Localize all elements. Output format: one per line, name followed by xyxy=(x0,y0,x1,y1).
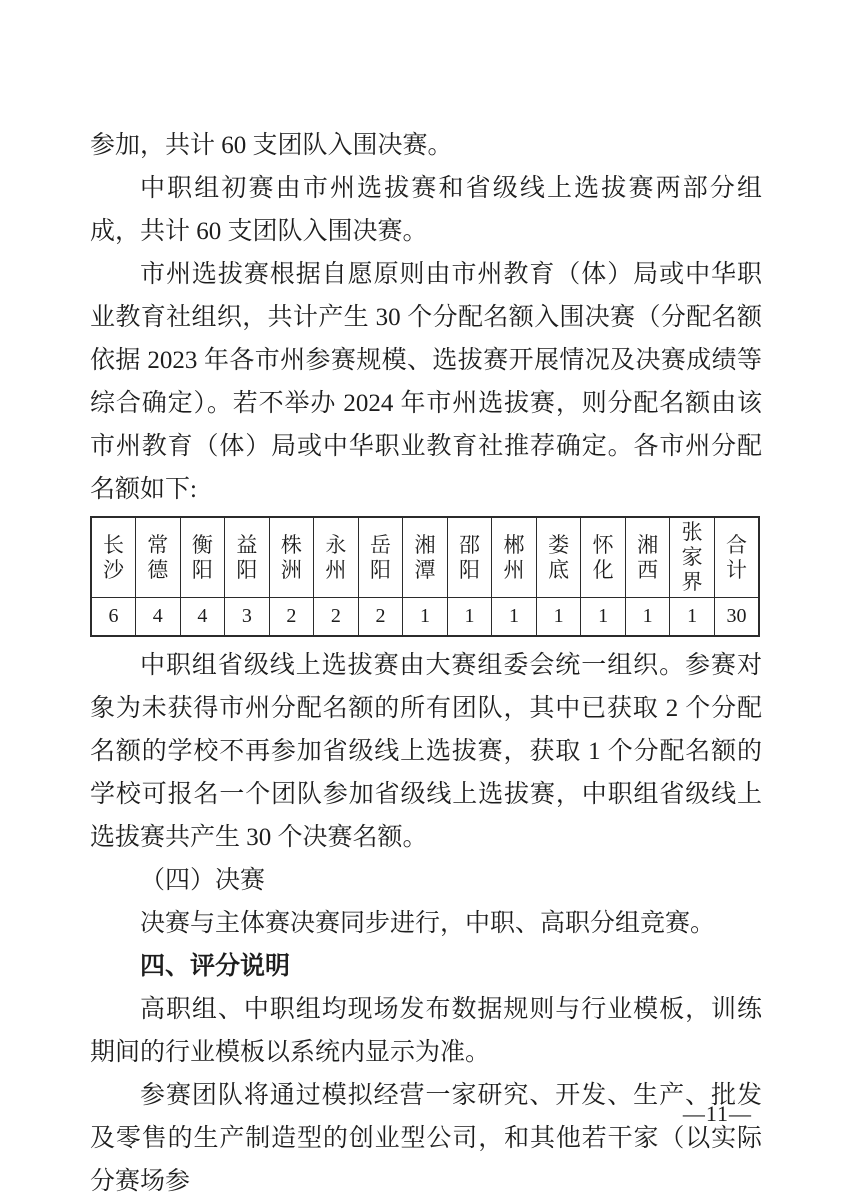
quota-table-header-cell: 邵 阳 xyxy=(447,517,492,598)
quota-table-value-cell: 4 xyxy=(180,598,225,636)
quota-table-header-cell: 长 沙 xyxy=(91,517,136,598)
quota-table-header-cell: 郴 州 xyxy=(492,517,537,598)
paragraph: 市州选拔赛根据自愿原则由市州教育（体）局或中华职业教育社组织，共计产生 30 个… xyxy=(90,253,762,511)
quota-table-header-cell: 常 德 xyxy=(136,517,181,598)
quota-table-header-cell: 怀 化 xyxy=(581,517,626,598)
section-heading: （四）决赛 xyxy=(90,859,762,902)
quota-table-value-cell: 1 xyxy=(447,598,492,636)
paragraph: 决赛与主体赛决赛同步进行，中职、高职分组竞赛。 xyxy=(90,902,762,945)
quota-table-value-cell: 2 xyxy=(314,598,359,636)
quota-table-header-cell: 张 家 界 xyxy=(670,517,715,598)
quota-table-header-cell: 湘 潭 xyxy=(403,517,448,598)
paragraph: 中职组初赛由市州选拔赛和省级线上选拔赛两部分组成，共计 60 支团队入围决赛。 xyxy=(90,167,762,253)
quota-table-header-cell: 株 洲 xyxy=(269,517,314,598)
quota-table-header-cell: 衡 阳 xyxy=(180,517,225,598)
text-block-bottom: 中职组省级线上选拔赛由大赛组委会统一组织。参赛对象为未获得市州分配名额的所有团队… xyxy=(90,644,762,1200)
quota-table-header-cell: 益 阳 xyxy=(225,517,270,598)
text-block-top: 参加，共计 60 支团队入围决赛。中职组初赛由市州选拔赛和省级线上选拔赛两部分组… xyxy=(90,124,762,511)
quota-table-header-cell: 岳 阳 xyxy=(358,517,403,598)
quota-table-value-cell: 6 xyxy=(91,598,136,636)
paragraph: 参加，共计 60 支团队入围决赛。 xyxy=(90,124,762,167)
quota-table-value-cell: 1 xyxy=(403,598,448,636)
quota-table-value-cell: 2 xyxy=(358,598,403,636)
quota-table-value-cell: 3 xyxy=(225,598,270,636)
quota-table-value-cell: 1 xyxy=(670,598,715,636)
quota-table-value-cell: 1 xyxy=(536,598,581,636)
quota-table-header-row: 长 沙常 德衡 阳益 阳株 洲永 州岳 阳湘 潭邵 阳郴 州娄 底怀 化湘 西张… xyxy=(91,517,759,598)
page-number: —11— xyxy=(683,1101,752,1127)
quota-table-header-cell: 娄 底 xyxy=(536,517,581,598)
quota-table-value-cell: 1 xyxy=(492,598,537,636)
quota-table-value-cell: 4 xyxy=(136,598,181,636)
quota-table: 长 沙常 德衡 阳益 阳株 洲永 州岳 阳湘 潭邵 阳郴 州娄 底怀 化湘 西张… xyxy=(90,516,760,637)
quota-table-value-row: 6443222111111130 xyxy=(91,598,759,636)
paragraph: 中职组省级线上选拔赛由大赛组委会统一组织。参赛对象为未获得市州分配名额的所有团队… xyxy=(90,644,762,859)
paragraph: 高职组、中职组均现场发布数据规则与行业模板，训练期间的行业模板以系统内显示为准。 xyxy=(90,988,762,1074)
quota-table-value-cell: 1 xyxy=(581,598,626,636)
quota-table-header-cell: 合 计 xyxy=(714,517,759,598)
quota-table-header-cell: 湘 西 xyxy=(625,517,670,598)
quota-table-value-cell: 1 xyxy=(625,598,670,636)
section-heading: 四、评分说明 xyxy=(90,945,762,988)
quota-table-header-cell: 永 州 xyxy=(314,517,359,598)
quota-table-value-cell: 30 xyxy=(714,598,759,636)
quota-table-value-cell: 2 xyxy=(269,598,314,636)
paragraph: 参赛团队将通过模拟经营一家研究、开发、生产、批发及零售的生产制造型的创业型公司，… xyxy=(90,1074,762,1200)
document-page: 参加，共计 60 支团队入围决赛。中职组初赛由市州选拔赛和省级线上选拔赛两部分组… xyxy=(0,0,848,1200)
